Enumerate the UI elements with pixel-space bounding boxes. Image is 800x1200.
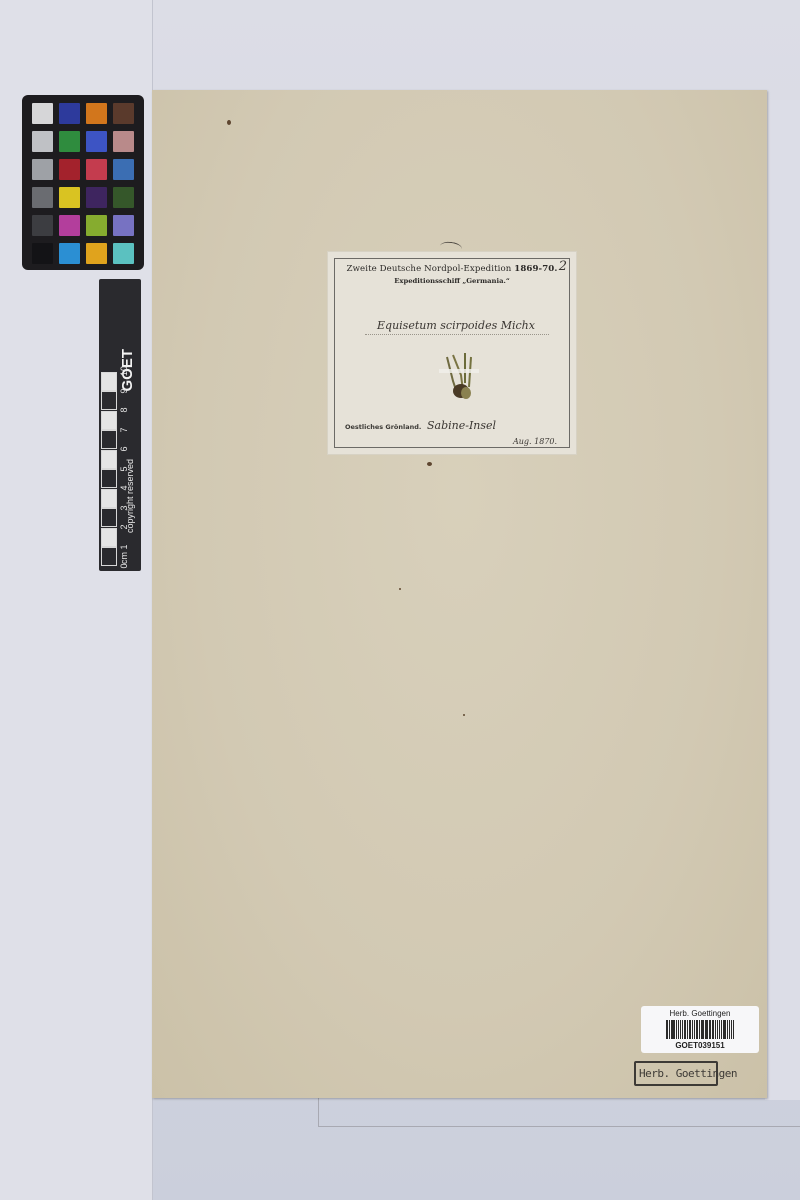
color-swatch <box>113 131 134 152</box>
scale-number: 9 <box>119 386 129 396</box>
barcode-bar <box>671 1020 672 1039</box>
scale-segment <box>101 391 117 410</box>
scale-number: 0 <box>119 561 129 571</box>
color-swatch <box>59 243 80 264</box>
scale-number: 8 <box>119 405 129 415</box>
scale-segment <box>101 489 117 508</box>
barcode-bar <box>715 1020 716 1039</box>
barcode-bar <box>666 1020 668 1039</box>
barcode-bar <box>699 1020 700 1039</box>
color-swatch <box>59 103 80 124</box>
color-swatch <box>113 215 134 236</box>
barcode-bar <box>712 1020 714 1039</box>
barcode-bar <box>689 1020 692 1039</box>
barcode-bar <box>717 1020 718 1039</box>
ship-name: Expeditionsschiff „Germania.“ <box>335 277 569 285</box>
barcode-bar <box>687 1020 688 1039</box>
underlying-sheet-edge <box>318 1098 800 1127</box>
scale-number: 6 <box>119 444 129 454</box>
scale-number: 7 <box>119 425 129 435</box>
date-handwritten: Aug. 1870. <box>513 437 557 446</box>
scale-number: 2 <box>119 522 129 532</box>
collection-label: Zweite Deutsche Nordpol-Expedition 1869-… <box>328 252 576 454</box>
barcode-bar <box>684 1020 686 1039</box>
stain-spot <box>427 462 432 466</box>
color-calibration-chart <box>22 95 144 270</box>
scale-segment <box>101 372 117 391</box>
color-swatch <box>113 187 134 208</box>
label-number: 2 <box>559 259 567 274</box>
color-swatch <box>113 159 134 180</box>
scale-number: 1 <box>119 542 129 552</box>
color-swatch <box>86 243 107 264</box>
barcode <box>666 1020 734 1039</box>
barcode-bar <box>672 1020 675 1039</box>
scale-number: 10 <box>119 366 129 376</box>
herbarium-name: Herb. Goettingen <box>641 1009 759 1018</box>
color-swatch <box>113 103 134 124</box>
herbarium-barcode-label: Herb. Goettingen GOET039151 <box>641 1006 759 1053</box>
color-swatch <box>32 187 53 208</box>
barcode-bar <box>682 1020 683 1039</box>
stamp-text: Herb. Goettingen <box>639 1067 737 1080</box>
scale-segment <box>101 430 117 449</box>
stain-spot <box>227 120 231 125</box>
barcode-bar <box>729 1020 731 1039</box>
stain-spot <box>399 588 401 590</box>
swatch-grid <box>32 103 134 264</box>
scale-segment <box>101 469 117 488</box>
color-swatch <box>86 215 107 236</box>
locality-handwritten: Sabine-Insel <box>427 419 496 432</box>
barcode-bar <box>733 1020 734 1039</box>
color-swatch <box>59 187 80 208</box>
scale-segment <box>101 547 117 566</box>
species-underline <box>365 334 549 335</box>
herbarium-stamp: Herb. Goettingen <box>634 1061 718 1086</box>
barcode-bar <box>678 1020 680 1039</box>
barcode-bar <box>701 1020 702 1039</box>
plant-specimen <box>439 353 479 405</box>
barcode-bar <box>680 1020 681 1039</box>
goet-logo: GOET <box>119 349 139 409</box>
barcode-bar <box>727 1020 728 1039</box>
scale-ticks <box>101 365 119 567</box>
scale-segment <box>101 508 117 527</box>
color-swatch <box>32 103 53 124</box>
barcode-bar <box>705 1020 708 1039</box>
color-swatch <box>59 159 80 180</box>
barcode-bar <box>721 1020 722 1039</box>
barcode-bar <box>710 1020 711 1039</box>
barcode-bar <box>694 1020 695 1039</box>
barcode-bar <box>696 1020 698 1039</box>
scale-number: 5 <box>119 464 129 474</box>
color-swatch <box>86 159 107 180</box>
stain-spot <box>463 714 465 716</box>
barcode-bar <box>669 1020 670 1039</box>
label-frame: Zweite Deutsche Nordpol-Expedition 1869-… <box>334 258 570 448</box>
backdrop-right-strip <box>765 100 800 1100</box>
scale-segment <box>101 450 117 469</box>
color-swatch <box>86 103 107 124</box>
color-swatch <box>113 243 134 264</box>
color-swatch <box>32 159 53 180</box>
barcode-bar <box>731 1020 732 1039</box>
herbarium-sheet <box>152 90 767 1098</box>
color-swatch <box>86 187 107 208</box>
color-swatch <box>32 243 53 264</box>
locality-printed: Oestliches Grönland. <box>345 423 421 431</box>
scale-bar: GOET copyright reserved cm 012345678910 <box>99 279 141 571</box>
scale-number: 3 <box>119 503 129 513</box>
color-swatch <box>32 215 53 236</box>
barcode-bar <box>709 1020 710 1039</box>
color-swatch <box>86 131 107 152</box>
expedition-years: 1869-70. <box>514 264 557 274</box>
color-swatch <box>32 131 53 152</box>
expedition-name: Zweite Deutsche Nordpol-Expedition <box>347 264 512 274</box>
scale-number: 4 <box>119 483 129 493</box>
scale-segment <box>101 528 117 547</box>
barcode-bar <box>676 1020 677 1039</box>
barcode-bar <box>719 1020 721 1039</box>
color-swatch <box>59 131 80 152</box>
barcode-bar <box>692 1020 693 1039</box>
scale-segment <box>101 411 117 430</box>
color-swatch <box>59 215 80 236</box>
expedition-title: Zweite Deutsche Nordpol-Expedition 1869-… <box>335 264 569 274</box>
species-name: Equisetum scirpoides Michx <box>377 319 535 332</box>
barcode-bar <box>702 1020 704 1039</box>
barcode-bar <box>723 1020 726 1039</box>
barcode-id: GOET039151 <box>641 1041 759 1050</box>
